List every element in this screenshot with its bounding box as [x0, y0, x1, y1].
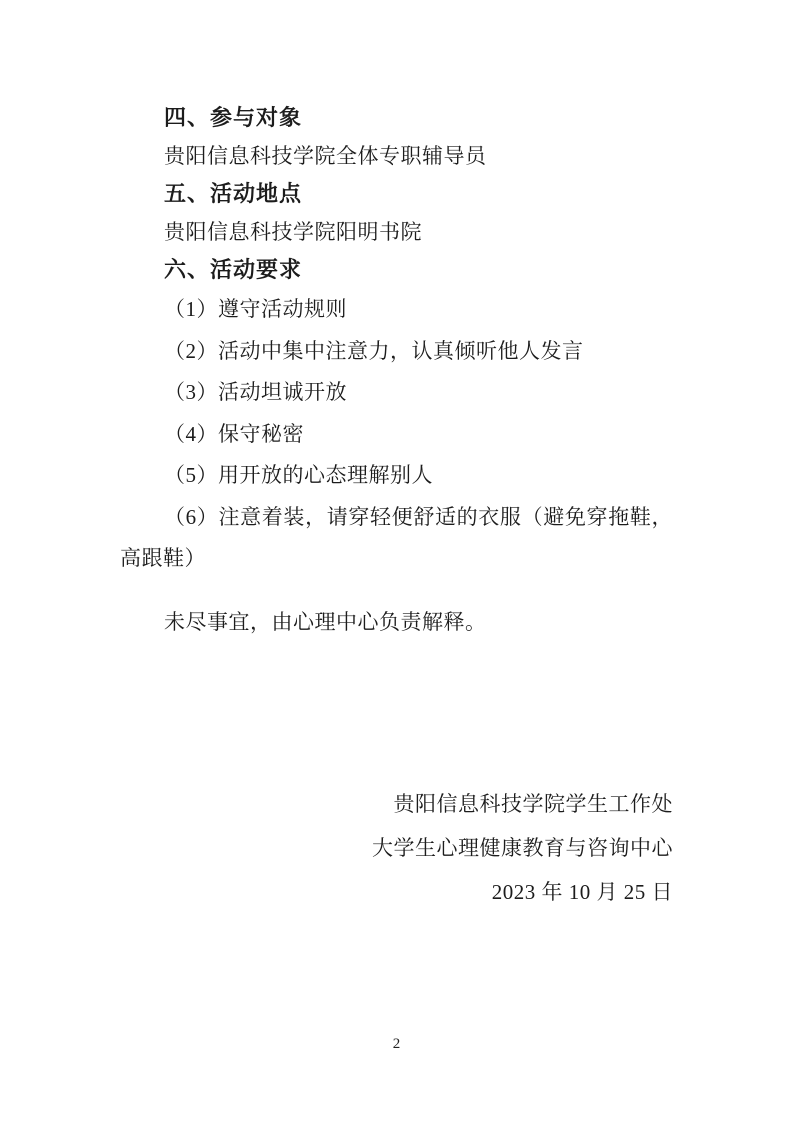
document-page: 四、参与对象 贵阳信息科技学院全体专职辅导员 五、活动地点 贵阳信息科技学院阳明…	[0, 0, 793, 1122]
list-item-4: （4）保守秘密	[120, 414, 673, 456]
paragraph-location: 贵阳信息科技学院阳明书院	[120, 213, 673, 251]
section-heading-location: 五、活动地点	[120, 175, 673, 213]
page-number: 2	[0, 1034, 793, 1054]
signature-date: 2023 年 10 月 25 日	[120, 870, 673, 914]
section-heading-requirements: 六、活动要求	[120, 251, 673, 289]
section-heading-participants: 四、参与对象	[120, 99, 673, 137]
signature-org-line1: 贵阳信息科技学院学生工作处	[120, 782, 673, 826]
document-body: 四、参与对象 贵阳信息科技学院全体专职辅导员 五、活动地点 贵阳信息科技学院阳明…	[120, 99, 673, 914]
list-item-3: （3）活动坦诚开放	[120, 372, 673, 414]
closing-remark: 未尽事宜，由心理中心负责解释。	[120, 602, 673, 644]
list-item-6: （6）注意着装，请穿轻便舒适的衣服（避免穿拖鞋，高跟鞋）	[120, 497, 673, 580]
list-item-5: （5）用开放的心态理解别人	[120, 455, 673, 497]
list-item-1: （1）遵守活动规则	[120, 289, 673, 331]
signature-block: 贵阳信息科技学院学生工作处 大学生心理健康教育与咨询中心 2023 年 10 月…	[120, 782, 673, 914]
signature-org-line2: 大学生心理健康教育与咨询中心	[120, 826, 673, 870]
paragraph-participants: 贵阳信息科技学院全体专职辅导员	[120, 137, 673, 175]
list-item-2: （2）活动中集中注意力，认真倾听他人发言	[120, 331, 673, 373]
